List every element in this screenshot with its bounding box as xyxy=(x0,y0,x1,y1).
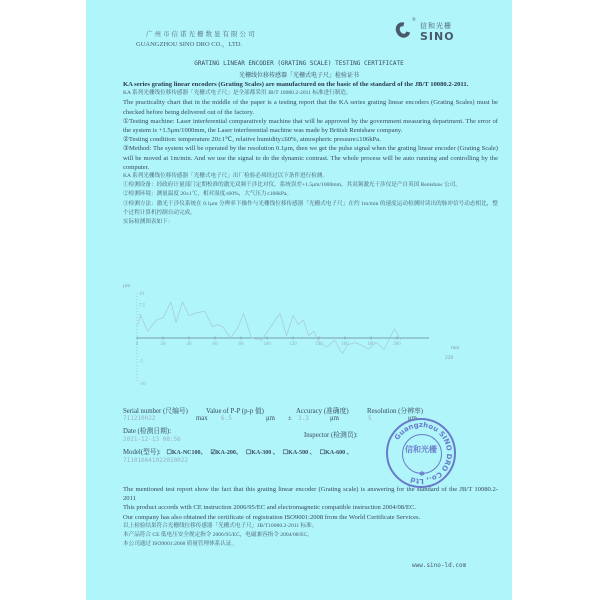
accuracy-unit: μm xyxy=(330,415,339,422)
registered-mark: ® xyxy=(412,18,416,23)
sino-s-icon xyxy=(393,20,413,41)
svg-text:20: 20 xyxy=(161,342,167,347)
inspector-label: Inspector (检测员): xyxy=(304,429,358,439)
model-option-ka300: ☐KA-300 、 xyxy=(246,450,279,456)
cn-intro-line: KA 系列光栅线位移传感器「光栅式电子尺」出厂检验必须经过以下条件进行检测。 xyxy=(123,172,498,181)
y-axis-unit: μm xyxy=(123,283,130,289)
svg-text:-10: -10 xyxy=(139,382,146,387)
pp-prefix: max xyxy=(196,415,208,422)
testing-method: ③Method: The system will be operated by … xyxy=(123,144,498,172)
sino-logo: ® 信和光栅 SINO xyxy=(388,20,488,50)
intro-standard-line: KA series grating linear encoders (Grati… xyxy=(123,80,498,89)
model-label: Model(型号): xyxy=(123,449,161,456)
conclusion-cn: 以上检验结果符合光栅线位移传感器「光栅式电子尺」JB/T10080.2-2011… xyxy=(123,522,498,531)
company-name-en: GUANGZHOU SINO DRO CO.，LTD. xyxy=(136,39,242,48)
date-value: 2021-12-13 08:56 xyxy=(123,436,181,443)
seal-center-text: 信和光栅 xyxy=(405,444,437,455)
chart-plot: 020406080100120140160180200-10-557.510 xyxy=(123,283,463,393)
intro-practicality: The practicality chart that in the middl… xyxy=(123,98,498,116)
serial-value: 711210022 xyxy=(123,415,156,422)
svg-text:100: 100 xyxy=(263,342,271,347)
pp-value: 6.5 xyxy=(221,415,232,422)
resolution-value: 5 xyxy=(368,415,372,422)
model-option-ka200: ☑KA-200、 xyxy=(211,450,242,456)
x-axis-end-label: 220 xyxy=(445,355,453,361)
logo-text-en: SINO xyxy=(420,30,455,43)
svg-text:120: 120 xyxy=(289,342,297,347)
svg-text:10: 10 xyxy=(139,292,145,297)
certificate-paper: 广州市信诺光栅数显有限公司 GUANGZHOU SINO DRO CO.，LTD… xyxy=(86,0,512,600)
iso-statement-cn: 本公司通过 ISO9001:2008 质量管理体系认证。 xyxy=(123,540,498,549)
svg-text:7.5: 7.5 xyxy=(139,303,146,308)
footer-section: The mentioned test report show the fact … xyxy=(123,485,498,549)
conclusion-text: The mentioned test report show the fact … xyxy=(123,485,498,503)
model-row: Model(型号): ☐KA-NC100、☑KA-200、☐KA-300 、☐K… xyxy=(123,446,353,456)
accuracy-label: Accuracy (准确度) xyxy=(296,405,349,415)
model-option-ka500: ☐KA-500 、 xyxy=(283,450,316,456)
pp-label: Value of P-P (p-p 值) xyxy=(206,405,264,415)
ce-statement-cn: 本产品符合 CE 低电压安全规定指令 2006/95/EC，电磁兼容指令 200… xyxy=(123,531,498,540)
svg-text:60: 60 xyxy=(213,342,219,347)
website-url: www.sino-ld.com xyxy=(412,562,466,569)
cn-testing-condition: ②检测环境：测量温度 20±1℃，相对湿度≤60%，大气压力≤106kPa。 xyxy=(123,190,498,199)
company-seal: Guangzhou SINO DRO Co., Ltd 信和光栅 ✱ xyxy=(386,418,456,488)
svg-text:80: 80 xyxy=(239,342,245,347)
intro-standard-line-cn: KA 系列光栅线位移传感器「光栅式电子尺」是全部都采用 JB/T 10080.2… xyxy=(123,89,498,98)
certificate-title-en: GRATING LINEAR ENCODER (GRATING SCALE) T… xyxy=(86,60,512,67)
accuracy-value: 3.3 xyxy=(298,415,309,422)
cn-testing-method: ③检测方法：激光干涉仪系统在 0.1μm 分辨率下操作与光栅线位移传感器「光栅式… xyxy=(123,200,498,218)
resolution-label: Resolution (分辨率) xyxy=(367,405,423,415)
svg-text:200: 200 xyxy=(393,342,401,347)
svg-text:0: 0 xyxy=(136,342,139,347)
certificate-title-cn: 光栅线位移传感器「光栅式电子尺」检验证书 xyxy=(86,70,512,79)
svg-text:40: 40 xyxy=(187,342,193,347)
pp-unit: μm xyxy=(266,415,275,422)
ce-statement: This product accords with CE instruction… xyxy=(123,503,498,512)
serial-label: Serial number (尺编号) xyxy=(123,405,188,415)
error-chart: μm mm 220 020406080100120140160180200-10… xyxy=(123,283,463,393)
model-option-ka600: ☐KA-600 、 xyxy=(320,450,353,456)
accuracy-pm: ± xyxy=(288,415,292,422)
model-option-kanc100: ☐KA-NC100、 xyxy=(166,450,206,456)
cn-chart-intro: 实际检测图表如下： xyxy=(123,218,498,227)
svg-text:-5: -5 xyxy=(139,360,144,365)
date-label: Date (检测日期): xyxy=(123,425,171,435)
model-code: 711010A41022010022 xyxy=(123,457,188,464)
seal-star-icon: ✱ xyxy=(419,470,425,478)
x-axis-unit: mm xyxy=(451,345,460,351)
testing-machine: ①Testing machine: Laser interferential c… xyxy=(123,117,498,135)
cn-testing-machine: ①检测设备：经政府计量部门定期校准的激光双频干涉比对仪，系统误差+1.5μm/1… xyxy=(123,181,498,190)
iso-statement: Our company has also obtained the certif… xyxy=(123,513,498,522)
intro-section: KA series grating linear encoders (Grati… xyxy=(123,80,498,227)
testing-condition: ②Testing condition: temperature 20±1℃, r… xyxy=(123,135,498,144)
company-name-cn: 广州市信诺光栅数显有限公司 xyxy=(146,29,257,38)
